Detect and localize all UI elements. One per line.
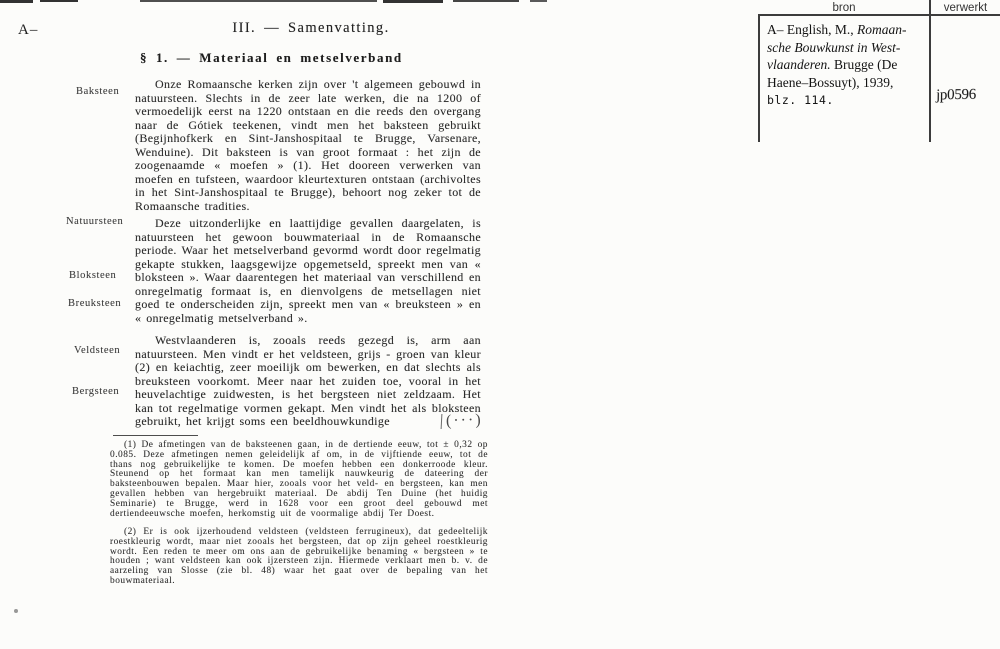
scan-speck xyxy=(14,609,18,613)
citation-title-italic: vlaanderen. xyxy=(767,57,831,72)
footnote-separator-rule xyxy=(113,435,198,436)
citation-text: Brugge (De xyxy=(831,57,898,72)
body-paragraph: Onze Romaansche kerken zijn over 't alge… xyxy=(135,78,481,213)
citation-line: A– English, M., Romaan- xyxy=(767,21,925,39)
card-left-border xyxy=(758,14,760,142)
scan-edge-artifact xyxy=(140,0,377,2)
margin-label-breuksteen: Breuksteen xyxy=(68,298,121,309)
citation-page-ref: blz. 114. xyxy=(767,93,834,107)
margin-label-baksteen: Baksteen xyxy=(76,86,119,97)
verwerkt-code: jp0596 xyxy=(936,87,976,105)
margin-label-bloksteen: Bloksteen xyxy=(69,270,116,281)
source-citation: A– English, M., Romaan- sche Bouwkunst i… xyxy=(767,21,925,110)
handwritten-ellipsis-annotation: (···) xyxy=(446,411,483,430)
margin-label-natuursteen: Natuursteen xyxy=(66,216,123,227)
citation-line: sche Bouwkunst in West- xyxy=(767,39,925,57)
scan-edge-artifact xyxy=(453,0,519,2)
citation-line: blz. 114. xyxy=(767,91,925,110)
section-heading: § 1. — Materiaal en metselverband xyxy=(140,50,403,66)
body-paragraph: Deze uitzonderlijke en laattijdige geval… xyxy=(135,217,481,325)
body-paragraph: Westvlaanderen is, zooals reeds gezegd i… xyxy=(135,334,481,429)
citation-title-italic: Romaan- xyxy=(857,22,907,37)
citation-text: Haene–Bossuyt), 1939, xyxy=(767,75,893,90)
footnote-2: (2) Er is ook ijzerhoudend veldsteen (ve… xyxy=(110,528,488,587)
scan-edge-artifact xyxy=(530,0,547,2)
citation-title-italic: sche Bouwkunst in West- xyxy=(767,40,900,55)
column-header-bron: bron xyxy=(759,2,929,14)
scan-edge-artifact xyxy=(0,0,33,3)
citation-line: Haene–Bossuyt), 1939, xyxy=(767,74,925,92)
scan-edge-artifact xyxy=(383,0,443,3)
card-header-rule xyxy=(758,14,1000,16)
chapter-heading: III. — Samenvatting. xyxy=(135,20,487,37)
corner-index-label: A– xyxy=(18,22,38,39)
column-header-verwerkt: verwerkt xyxy=(931,2,1000,14)
scanned-document-page: A– III. — Samenvatting. § 1. — Materiaal… xyxy=(0,0,1000,649)
footnote-1: (1) De afmetingen van de baksteenen gaan… xyxy=(110,441,488,519)
margin-label-bergsteen: Bergsteen xyxy=(72,386,119,397)
citation-line: vlaanderen. Brugge (De xyxy=(767,56,925,74)
card-column-divider xyxy=(929,0,931,142)
margin-label-veldsteen: Veldsteen xyxy=(74,345,120,356)
scan-edge-artifact xyxy=(40,0,78,2)
citation-text: A– English, M., xyxy=(767,22,857,37)
